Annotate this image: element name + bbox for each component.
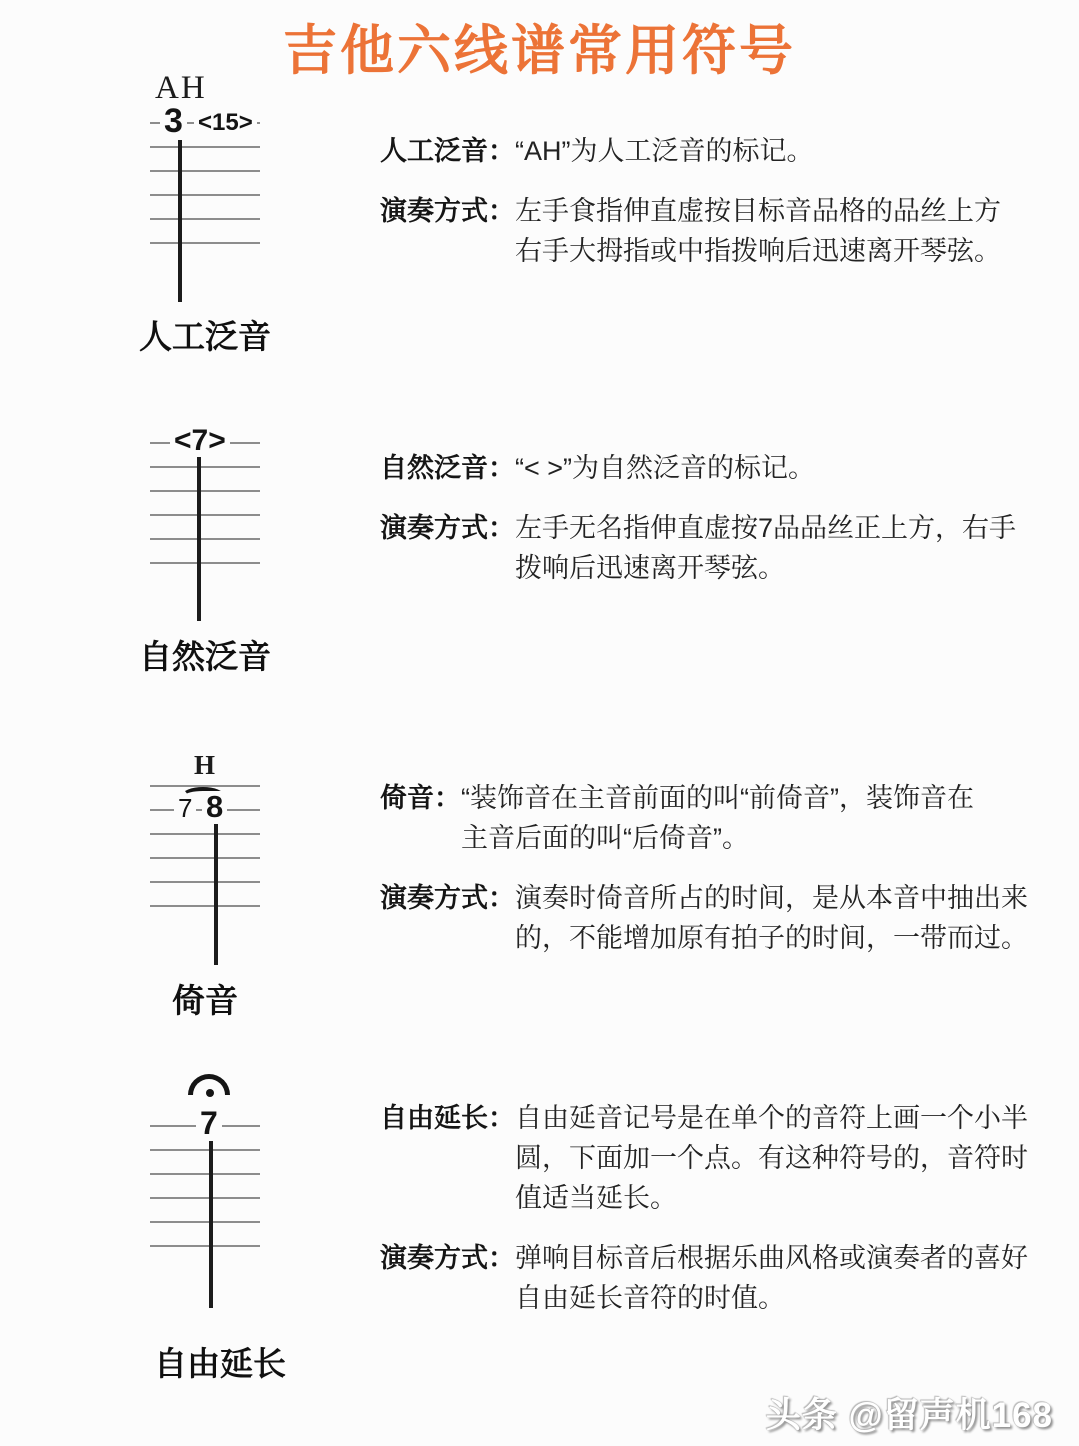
- definition-label: 自由延长：: [380, 1098, 515, 1138]
- grace-fret-number: 7: [174, 795, 196, 822]
- note-stem: [197, 454, 201, 621]
- fret-number: 3: [160, 104, 187, 140]
- definition-text: “装饰音在主音前面的叫“前倚音”，装饰音在 主音后面的叫“后倚音”。: [461, 778, 974, 858]
- string-line: [150, 1197, 260, 1199]
- tab-diagram-natural-harmonic: <7> 自然泛音: [150, 428, 260, 698]
- string-line: [150, 1149, 260, 1151]
- definition-paragraph: 自由延长： 自由延音记号是在单个的音符上画一个小半 圆，下面加一个点。有这种符号…: [380, 1098, 1070, 1218]
- definition-paragraph: 人工泛音： “AH”为人工泛音的标记。: [380, 131, 1070, 171]
- method-label: 演奏方式：: [380, 878, 515, 918]
- string-line: [150, 1221, 260, 1223]
- diagram-caption: 人工泛音: [130, 311, 280, 358]
- note-stem: [178, 134, 182, 302]
- hammer-annotation-h: H: [194, 750, 217, 781]
- method-label: 演奏方式：: [380, 191, 515, 231]
- text-block-fermata: 自由延长： 自由延音记号是在单个的音符上画一个小半 圆，下面加一个点。有这种符号…: [380, 1098, 1070, 1318]
- string-line: [150, 881, 260, 883]
- definition-text: “< >”为自然泛音的标记。: [515, 448, 815, 488]
- text-block-artificial-harmonic: 人工泛音： “AH”为人工泛音的标记。 演奏方式： 左手食指伸直虚按目标音品格的…: [380, 131, 1070, 271]
- tab-staff: <7>: [150, 442, 260, 564]
- tab-staff: 7 8: [150, 785, 260, 907]
- tab-staff: 7: [150, 1125, 260, 1247]
- method-text: 左手食指伸直虚按目标音品格的品丝上方 右手大拇指或中指拨响后迅速离开琴弦。: [515, 191, 1001, 271]
- string-line: [150, 538, 260, 540]
- string-line: [150, 218, 260, 220]
- note-stem: [214, 823, 218, 965]
- diagram-caption: 自然泛音: [130, 631, 280, 678]
- method-text: 演奏时倚音所占的时间，是从本音中抽出来 的，不能增加原有拍子的时间，一带而过。: [515, 878, 1028, 958]
- tab-diagram-grace-note: H 7 8 倚音: [150, 750, 260, 1040]
- fret-number: 7: [196, 1107, 222, 1141]
- string-line: [150, 466, 260, 468]
- definition-label: 人工泛音：: [380, 131, 515, 171]
- string-line: [150, 1245, 260, 1247]
- fret-number: <7>: [170, 425, 230, 457]
- string-line: [150, 170, 260, 172]
- text-block-natural-harmonic: 自然泛音： “< >”为自然泛音的标记。 演奏方式： 左手无名指伸直虚按7品品丝…: [380, 448, 1070, 588]
- diagram-caption: 自由延长: [145, 1338, 295, 1385]
- method-label: 演奏方式：: [380, 508, 515, 548]
- text-block-grace-note: 倚音： “装饰音在主音前面的叫“前倚音”，装饰音在 主音后面的叫“后倚音”。 演…: [380, 778, 1070, 958]
- method-paragraph: 演奏方式： 左手无名指伸直虚按7品品丝正上方，右手 拨响后迅速离开琴弦。: [380, 508, 1070, 588]
- string-line: [150, 562, 260, 564]
- method-paragraph: 演奏方式： 左手食指伸直虚按目标音品格的品丝上方 右手大拇指或中指拨响后迅速离开…: [380, 191, 1070, 271]
- diagram-caption: 倚音: [130, 975, 280, 1022]
- string-line: [150, 857, 260, 859]
- note-stem: [209, 1137, 213, 1308]
- watermark: 头条 @留声机168: [766, 1388, 1053, 1438]
- definition-label: 自然泛音：: [380, 448, 515, 488]
- definition-paragraph: 自然泛音： “< >”为自然泛音的标记。: [380, 448, 1070, 488]
- definition-label: 倚音：: [380, 778, 461, 818]
- tab-diagram-artificial-harmonic: AH 3 <15> 人工泛音: [150, 70, 260, 370]
- string-line: [150, 242, 260, 244]
- fret-suffix: <15>: [194, 110, 257, 135]
- definition-text: 自由延音记号是在单个的音符上画一个小半 圆，下面加一个点。有这种符号的，音符时 …: [515, 1098, 1028, 1218]
- string-line: [150, 194, 260, 196]
- string-line: [150, 514, 260, 516]
- string-line: [150, 146, 260, 148]
- method-paragraph: 演奏方式： 演奏时倚音所占的时间，是从本音中抽出来 的，不能增加原有拍子的时间，…: [380, 878, 1070, 958]
- method-label: 演奏方式：: [380, 1238, 515, 1278]
- tab-diagram-fermata: 7 自由延长: [150, 1072, 260, 1382]
- string-line: [150, 1173, 260, 1175]
- string-line: [150, 490, 260, 492]
- definition-text: “AH”为人工泛音的标记。: [515, 131, 814, 171]
- method-text: 左手无名指伸直虚按7品品丝正上方，右手 拨响后迅速离开琴弦。: [515, 508, 1016, 588]
- fermata-dot-icon: [206, 1089, 214, 1097]
- tab-staff: 3 <15>: [150, 122, 260, 244]
- string-line: [150, 833, 260, 835]
- fret-number: 8: [202, 791, 227, 824]
- method-text: 弹响目标音后根据乐曲风格或演奏者的喜好 自由延长音符的时值。: [515, 1238, 1028, 1318]
- string-line: [150, 905, 260, 907]
- definition-paragraph: 倚音： “装饰音在主音前面的叫“前倚音”，装饰音在 主音后面的叫“后倚音”。: [380, 778, 1070, 858]
- method-paragraph: 演奏方式： 弹响目标音后根据乐曲风格或演奏者的喜好 自由延长音符的时值。: [380, 1238, 1070, 1318]
